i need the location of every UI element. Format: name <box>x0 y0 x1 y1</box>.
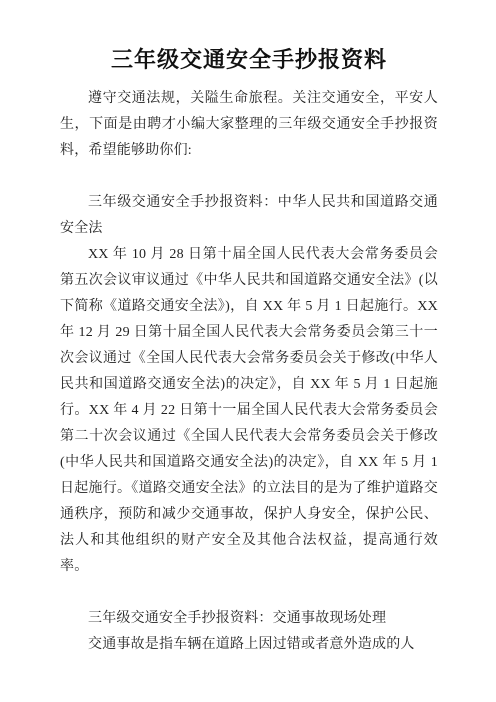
document-title: 三年级交通安全手抄报资料 <box>60 44 438 76</box>
section2-heading: 三年级交通安全手抄报资料：交通事故现场处理 <box>60 606 438 632</box>
intro-paragraph: 遵守交通法规，关隘生命旅程。关注交通安全，平安人生，下面是由聘才小编大家整理的三… <box>60 86 438 164</box>
section2-body: 交通事故是指车辆在道路上因过错或者意外造成的人 <box>60 632 438 658</box>
blank-line <box>60 164 438 190</box>
section1-heading: 三年级交通安全手抄报资料：中华人民共和国道路交通安全法 <box>60 190 438 242</box>
document-page: 三年级交通安全手抄报资料 遵守交通法规，关隘生命旅程。关注交通安全，平安人生，下… <box>0 0 496 702</box>
section1-body: XX 年 10 月 28 日第十届全国人民代表大会常务委员会第五次会议审议通过《… <box>60 242 438 580</box>
blank-line <box>60 580 438 606</box>
